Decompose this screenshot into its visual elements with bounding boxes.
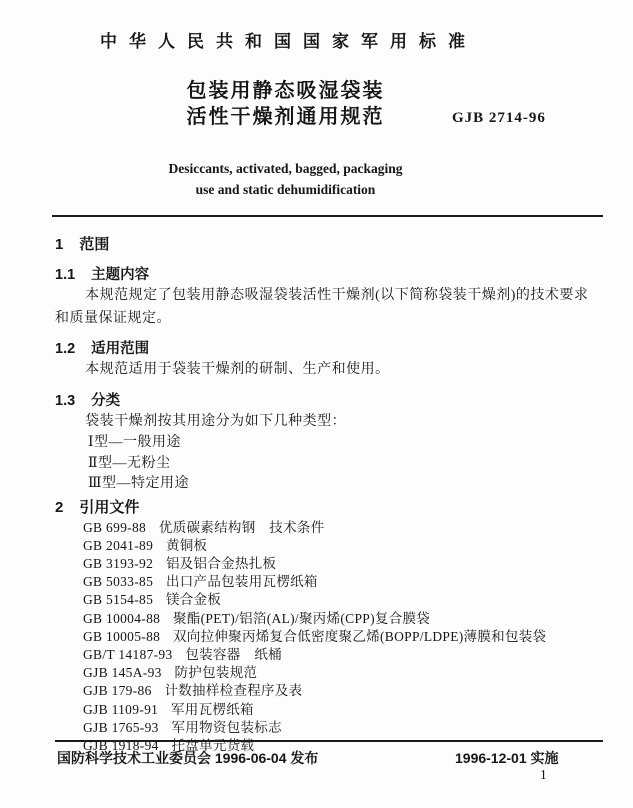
reference-code: GJB 1109-91 [83,702,158,717]
footer-issue-text: 国防科学技术工业委员会 1996-06-04 发布 [57,748,318,768]
section-1-2-number: 1.2 [55,341,75,357]
reference-row: GJB 1109-91军用瓦楞纸箱 [83,701,600,719]
reference-title: 铝及铝合金热扎板 [166,556,276,571]
desiccant-type-item: Ⅲ型—特定用途 [88,474,600,495]
reference-title: 出口产品包装用瓦楞纸箱 [166,574,318,589]
section-1-1-title: 主题内容 [91,267,149,283]
reference-row: GB 699-88优质碳素结构钢 技术条件 [83,519,600,537]
section-1-2-heading: 1.2适用范围 [55,339,600,359]
reference-code: GB 5033-85 [83,574,153,589]
section-1-1-paragraph: 本规范规定了包装用静态吸湿袋装活性干燥剂(以下简称袋装干燥剂)的技术要求和质量保… [55,285,600,330]
reference-code: GB 10005-88 [83,629,160,644]
reference-row: GB/T 14187-93包装容器 纸桶 [83,646,600,664]
desiccant-type-item: Ⅱ型—无粉尘 [88,454,600,475]
section-1-3-number: 1.3 [55,393,75,409]
reference-title: 双向拉伸聚丙烯复合低密度聚乙烯(BOPP/LDPE)薄膜和包装袋 [173,629,546,644]
page-number: 1 [540,767,547,783]
section-2-title: 引用文件 [79,499,139,516]
reference-list: GB 699-88优质碳素结构钢 技术条件 GB 2041-89黄铜板 GB 3… [83,519,600,756]
section-1-2-paragraph: 本规范适用于袋装干燥剂的研制、生产和使用。 [55,359,600,382]
reference-title: 聚酯(PET)/铝箔(AL)/聚丙烯(CPP)复合膜袋 [173,611,430,626]
footer-divider-rule [55,740,603,742]
section-2-number: 2 [55,499,63,516]
reference-row: GJB 1765-93军用物资包装标志 [83,719,600,737]
reference-row: GB 10005-88双向拉伸聚丙烯复合低密度聚乙烯(BOPP/LDPE)薄膜和… [83,628,600,646]
section-1-3-heading: 1.3分类 [55,391,600,411]
section-1-number: 1 [55,236,63,253]
reference-code: GB/T 14187-93 [83,647,173,662]
reference-code: GB 2041-89 [83,538,153,553]
reference-title: 包装容器 纸桶 [185,647,282,662]
reference-code: GB 699-88 [83,520,146,535]
standard-number: GJB 2714-96 [452,110,546,127]
header-divider-rule [52,215,603,217]
section-1-3-title: 分类 [91,393,120,409]
section-1-1-number: 1.1 [55,267,75,283]
section-1-3-intro: 袋装干燥剂按其用途分为如下几种类型： [55,411,600,434]
reference-row: GJB 179-86计数抽样检查程序及表 [83,682,600,700]
reference-row: GB 10004-88聚酯(PET)/铝箔(AL)/聚丙烯(CPP)复合膜袋 [83,610,600,628]
section-1-heading: 1范围 [55,234,600,256]
english-title-line1: Desiccants, activated, bagged, packaging [55,158,516,179]
document-header: 中华人民共和国国家军用标准 包装用静态吸湿袋装 活性干燥剂通用规范 Desicc… [55,30,516,200]
reference-row: GB 5154-85镁合金板 [83,591,600,609]
reference-title: 计数抽样检查程序及表 [164,683,302,698]
reference-row: GJB 145A-93防护包装规范 [83,664,600,682]
document-title: 包装用静态吸湿袋装 活性干燥剂通用规范 [55,78,516,130]
reference-title: 镁合金板 [166,592,221,607]
reference-row: GB 2041-89黄铜板 [83,537,600,555]
reference-code: GJB 1765-93 [83,720,159,735]
desiccant-type-item: Ⅰ型—一般用途 [88,433,600,454]
reference-title: 黄铜板 [166,538,207,553]
footer-implement-text: 1996-12-01 实施 [455,748,559,768]
section-1-2-title: 适用范围 [91,341,149,357]
section-2-heading: 2引用文件 [55,497,600,519]
standard-type-title: 中华人民共和国国家军用标准 [55,30,516,54]
reference-code: GB 5154-85 [83,592,153,607]
reference-row: GB 5033-85出口产品包装用瓦楞纸箱 [83,573,600,591]
english-title-line2: use and static dehumidification [55,179,516,200]
reference-title: 优质碳素结构钢 技术条件 [159,520,325,535]
section-1-title: 范围 [79,236,109,253]
document-title-line2: 活性干燥剂通用规范 [55,104,516,130]
document-title-line1: 包装用静态吸湿袋装 [55,78,516,104]
reference-code: GJB 179-86 [83,683,152,698]
reference-row: GB 3193-92铝及铝合金热扎板 [83,555,600,573]
reference-code: GB 10004-88 [83,611,160,626]
reference-code: GB 3193-92 [83,556,153,571]
desiccant-type-list: Ⅰ型—一般用途 Ⅱ型—无粉尘 Ⅲ型—特定用途 [88,433,600,495]
reference-title: 防护包装规范 [175,665,258,680]
reference-title: 军用瓦楞纸箱 [171,702,254,717]
document-page: 中华人民共和国国家军用标准 包装用静态吸湿袋装 活性干燥剂通用规范 Desicc… [0,0,633,808]
reference-title: 军用物资包装标志 [172,720,282,735]
english-title: Desiccants, activated, bagged, packaging… [55,158,516,200]
reference-code: GJB 145A-93 [83,665,162,680]
section-1-1-heading: 1.1主题内容 [55,265,600,285]
